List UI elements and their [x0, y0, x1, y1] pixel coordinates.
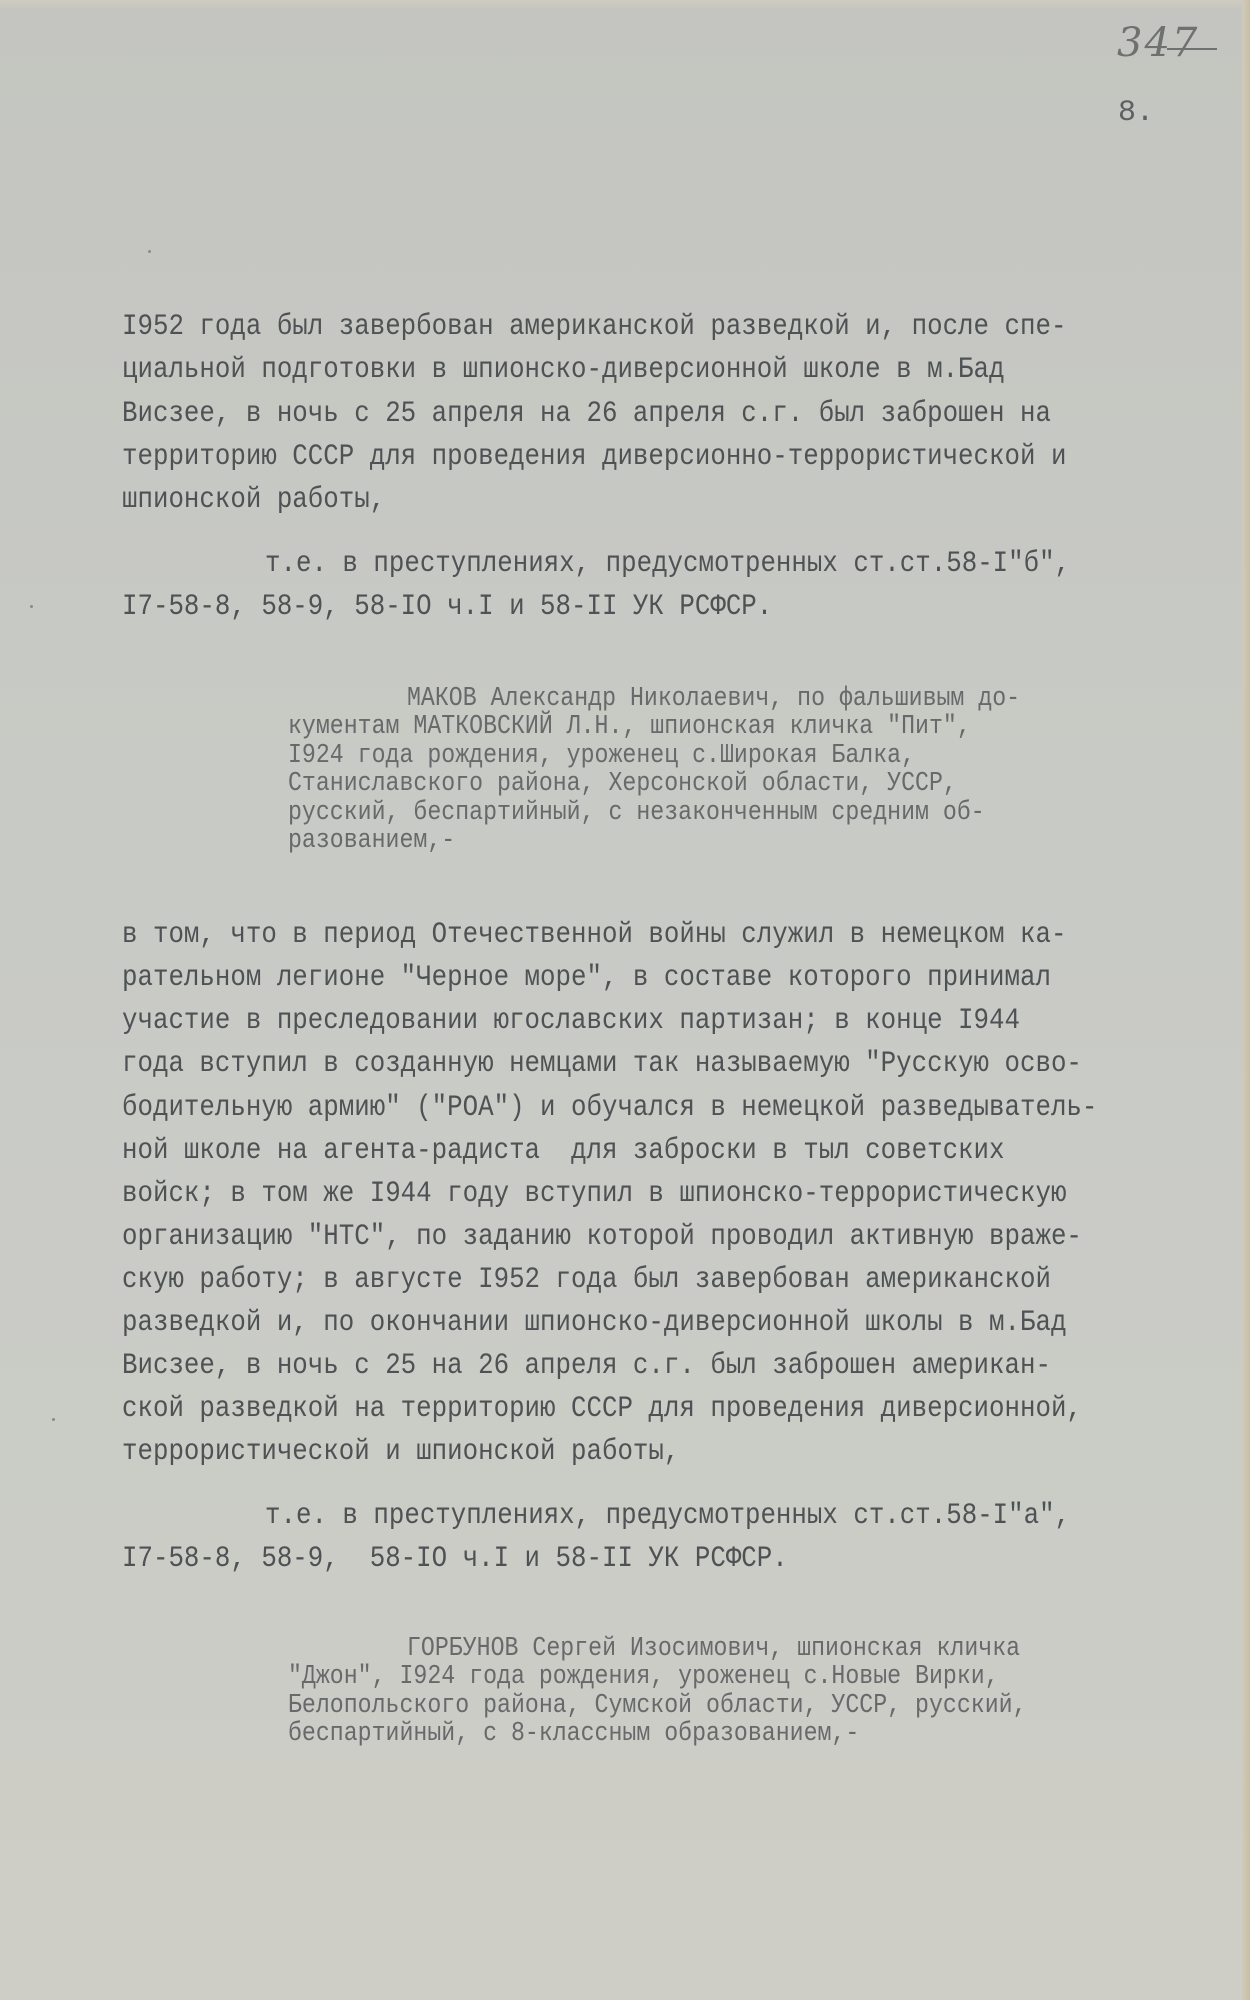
- text-line: скую работу; в августе I952 года был зав…: [122, 1263, 1051, 1297]
- text-line: беспартийный, с 8-классным образованием,…: [288, 1719, 859, 1749]
- text-line: Станиславского района, Херсонской област…: [288, 769, 957, 799]
- document-page: 347 8. I952 года был завербован американ…: [0, 0, 1250, 2000]
- text-line: участие в преследовании югославских парт…: [122, 1004, 1020, 1038]
- archive-page-number: 347: [1117, 20, 1199, 66]
- text-line: кументам МАТКОВСКИЙ Л.Н., шпионская клич…: [288, 712, 971, 742]
- text-line: ной школе на агента-радиста для заброски…: [122, 1134, 1005, 1168]
- text-line: года вступил в созданную немцами так наз…: [122, 1047, 1082, 1081]
- text-line: Висзее, в ночь с 25 апреля на 26 апреля …: [122, 397, 1051, 431]
- text-line: ГОРБУНОВ Сергей Изосимович, шпионская кл…: [407, 1634, 1020, 1664]
- text-line: русский, беспартийный, с незаконченным с…: [288, 798, 985, 828]
- text-line: "Джон", I924 года рождения, уроженец с.Н…: [288, 1662, 999, 1692]
- text-line: организацию "НТС", по заданию которой пр…: [122, 1220, 1082, 1254]
- paper-speck: [52, 1418, 55, 1421]
- paper-speck: [148, 250, 151, 253]
- page-top-edge: [0, 0, 1250, 10]
- text-line: террористической и шпионской работы,: [122, 1435, 679, 1469]
- text-line: т.е. в преступлениях, предусмотренных ст…: [265, 547, 1070, 581]
- text-line: I7-58-8, 58-9, 58-IO ч.I и 58-II УК РСФС…: [122, 1542, 788, 1576]
- paper-speck: [30, 605, 33, 608]
- text-line: в том, что в период Отечественной войны …: [122, 918, 1066, 952]
- text-line: бодительную армию" ("РОА") и обучался в …: [122, 1091, 1097, 1125]
- text-line: МАКОВ Александр Николаевич, по фальшивым…: [407, 684, 1020, 714]
- text-line: I952 года был завербован американской ра…: [122, 310, 1066, 344]
- text-line: циальной подготовки в шпионско-диверсион…: [122, 353, 1005, 387]
- text-line: рательном легионе "Черное море", в соста…: [122, 961, 1051, 995]
- text-line: шпионской работы,: [122, 483, 385, 517]
- text-line: разованием,-: [288, 826, 455, 856]
- strike-mark: [1167, 48, 1217, 50]
- text-line: войск; в том же I944 году вступил в шпио…: [122, 1177, 1066, 1211]
- page-right-edge: [1242, 0, 1250, 2000]
- text-line: I924 года рождения, уроженец с.Широкая Б…: [288, 741, 915, 771]
- text-line: территорию СССР для проведения диверсион…: [122, 440, 1066, 474]
- text-line: I7-58-8, 58-9, 58-IO ч.I и 58-II УК РСФС…: [122, 590, 772, 624]
- text-line: ской разведкой на территорию СССР для пр…: [122, 1392, 1082, 1426]
- text-line: Висзее, в ночь с 25 на 26 апреля с.г. бы…: [122, 1349, 1051, 1383]
- page-number: 8.: [1118, 96, 1154, 130]
- archive-page-number-text: 347: [1117, 20, 1199, 66]
- text-line: т.е. в преступлениях, предусмотренных ст…: [265, 1499, 1070, 1533]
- text-line: разведкой и, по окончании шпионско-дивер…: [122, 1306, 1066, 1340]
- text-line: Белопольского района, Сумской области, У…: [288, 1691, 1027, 1721]
